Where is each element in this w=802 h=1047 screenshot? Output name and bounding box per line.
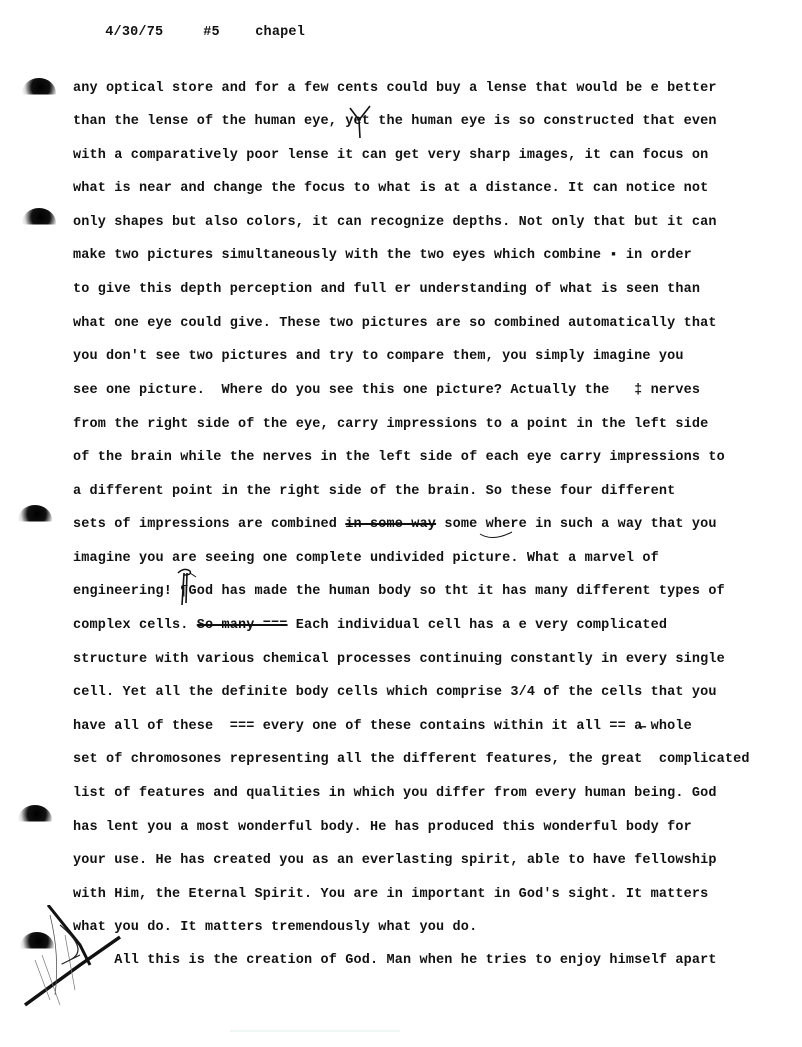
text-line: only shapes but also colors, it can reco… bbox=[73, 215, 717, 231]
text-line: structure with various chemical processe… bbox=[73, 652, 725, 668]
text-line: make two pictures simultaneously with th… bbox=[73, 248, 692, 264]
text-line: of the brain while the nerves in the lef… bbox=[73, 450, 725, 466]
hole-punch-mark bbox=[22, 208, 56, 238]
text-line: any optical store and for a few cents co… bbox=[73, 81, 717, 97]
hole-punch-mark bbox=[18, 505, 52, 535]
text-line: what you do. It matters tremendously wha… bbox=[73, 920, 477, 936]
text-line: with Him, the Eternal Spirit. You are in… bbox=[73, 887, 708, 903]
header-number: #5 bbox=[203, 25, 255, 40]
text-line: a different point in the right side of t… bbox=[73, 484, 675, 500]
document-header: 4/30/75#5chapel bbox=[72, 10, 305, 55]
struck-text: in some way bbox=[345, 517, 436, 532]
hole-punch-mark bbox=[22, 78, 56, 108]
text-line: with a comparatively poor lense it can g… bbox=[73, 148, 708, 164]
text-segment: some where in such a way that you bbox=[436, 517, 717, 532]
text-line: set of chromosones representing all the … bbox=[73, 752, 750, 768]
header-date: 4/30/75 bbox=[105, 25, 203, 40]
text-line-with-strikethrough: sets of impressions are combined in some… bbox=[73, 517, 717, 533]
text-segment: Each individual cell has a e very compli… bbox=[288, 618, 668, 633]
hole-punch-mark bbox=[20, 932, 54, 962]
text-segment: complex cells. bbox=[73, 618, 197, 633]
text-line: what one eye could give. These two pictu… bbox=[73, 316, 717, 332]
text-line: than the lense of the human eye, yet the… bbox=[73, 114, 717, 130]
struck-text: So many === bbox=[197, 618, 288, 633]
text-line: engineering! ¶God has made the human bod… bbox=[73, 584, 725, 600]
text-line: from the right side of the eye, carry im… bbox=[73, 417, 708, 433]
document-page: 4/30/75#5chapel any optical store and fo… bbox=[0, 0, 802, 1047]
text-line: has lent you a most wonderful body. He h… bbox=[73, 820, 692, 836]
text-line: list of features and qualities in which … bbox=[73, 786, 717, 802]
text-line: what is near and change the focus to wha… bbox=[73, 181, 708, 197]
text-line: your use. He has created you as an everl… bbox=[73, 853, 717, 869]
text-line: All this is the creation of God. Man whe… bbox=[73, 953, 717, 969]
text-segment: sets of impressions are combined bbox=[73, 517, 345, 532]
text-line-with-strikethrough: complex cells. So many === Each individu… bbox=[73, 618, 667, 634]
text-line: see one picture. Where do you see this o… bbox=[73, 383, 700, 399]
text-line: imagine you are seeing one complete undi… bbox=[73, 551, 659, 567]
scan-artifact bbox=[230, 1030, 400, 1032]
text-line: cell. Yet all the definite body cells wh… bbox=[73, 685, 717, 701]
hole-punch-mark bbox=[18, 805, 52, 835]
header-title: chapel bbox=[255, 25, 305, 40]
text-line: have all of these === every one of these… bbox=[73, 719, 692, 735]
text-line: you don't see two pictures and try to co… bbox=[73, 349, 684, 365]
text-line: to give this depth perception and full e… bbox=[73, 282, 700, 298]
